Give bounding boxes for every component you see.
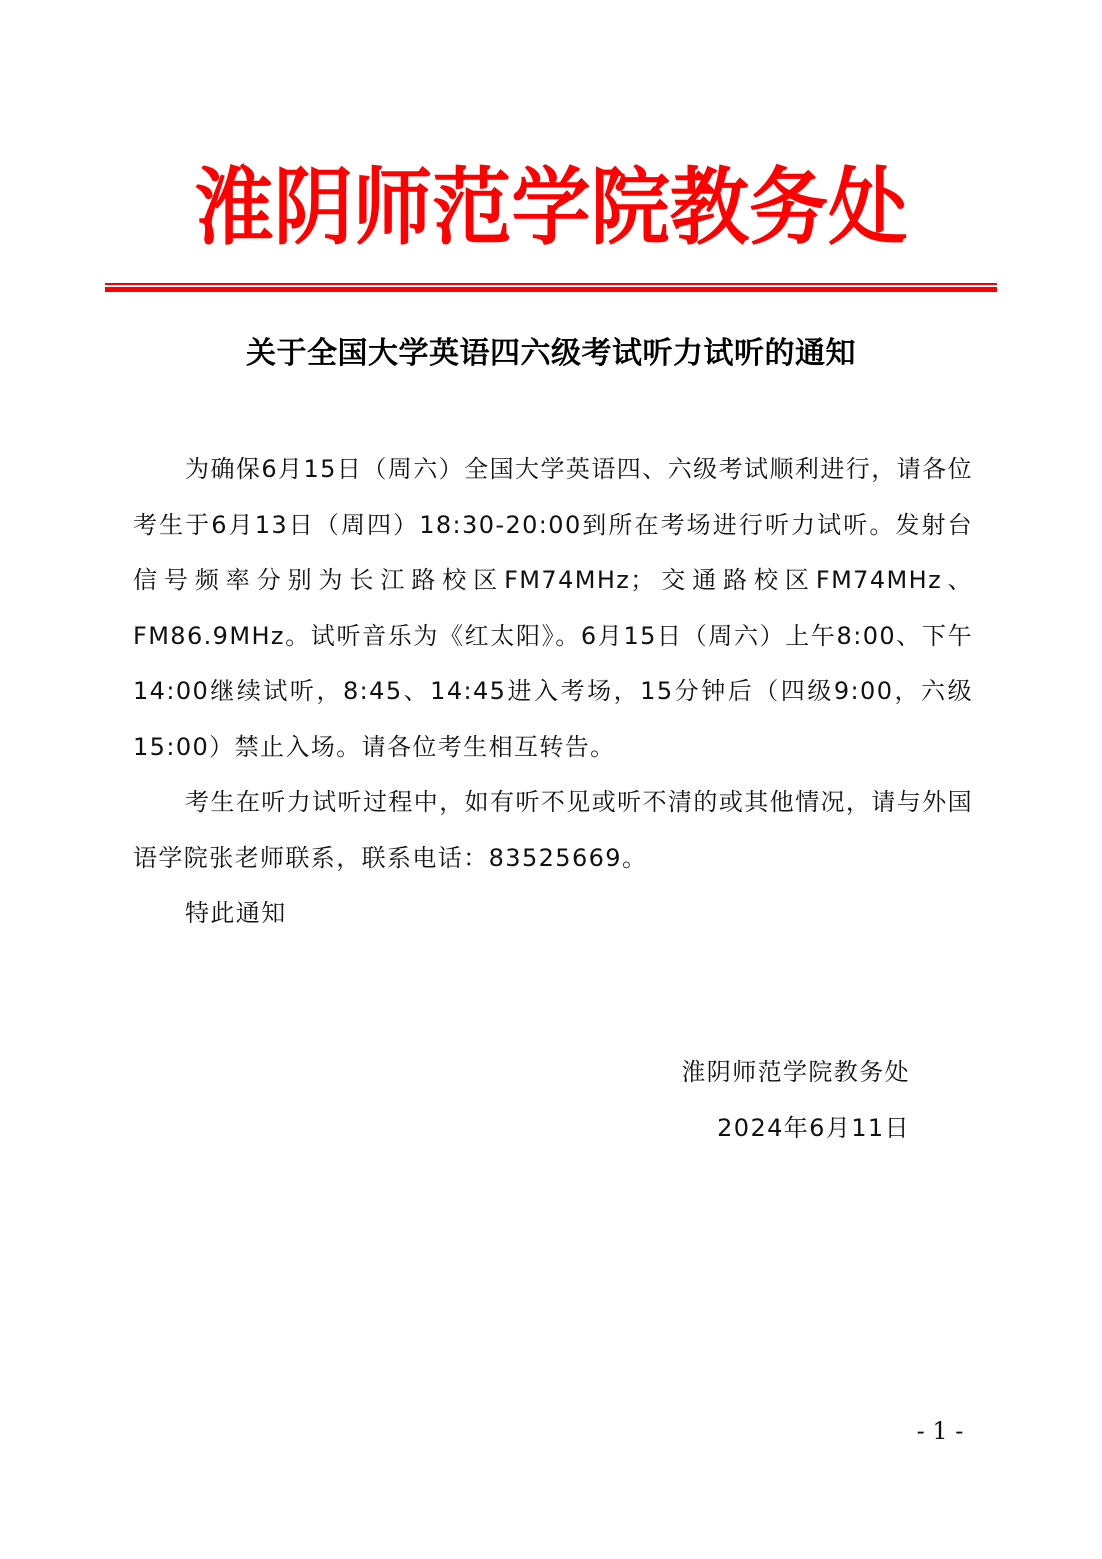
document-title: 关于全国大学英语四六级考试听力试听的通知 [0, 332, 1102, 376]
closing-remark: 特此通知 [133, 886, 973, 942]
document-body: 为确保6月15日（周六）全国大学英语四、六级考试顺利进行，请各位考生于6月13日… [133, 442, 973, 942]
signature-issuer: 淮阴师范学院教务处 [681, 1045, 910, 1101]
signature-block: 淮阴师范学院教务处 2024年6月11日 [681, 1045, 910, 1156]
body-paragraph-2: 考生在听力试听过程中，如有听不见或听不清的或其他情况，请与外国语学院张老师联系，… [133, 775, 973, 886]
letterhead: 淮阴师范学院教务处 [0, 160, 1102, 255]
letterhead-rule-thin [105, 283, 997, 285]
signature-date: 2024年6月11日 [681, 1101, 910, 1157]
letterhead-organization: 淮阴师范学院教务处 [195, 160, 908, 255]
body-paragraph-1: 为确保6月15日（周六）全国大学英语四、六级考试顺利进行，请各位考生于6月13日… [133, 442, 973, 775]
page-number: - 1 - [900, 1415, 980, 1447]
document-page: 淮阴师范学院教务处 关于全国大学英语四六级考试听力试听的通知 为确保6月15日（… [0, 0, 1102, 1559]
letterhead-rule-thick [105, 287, 997, 292]
